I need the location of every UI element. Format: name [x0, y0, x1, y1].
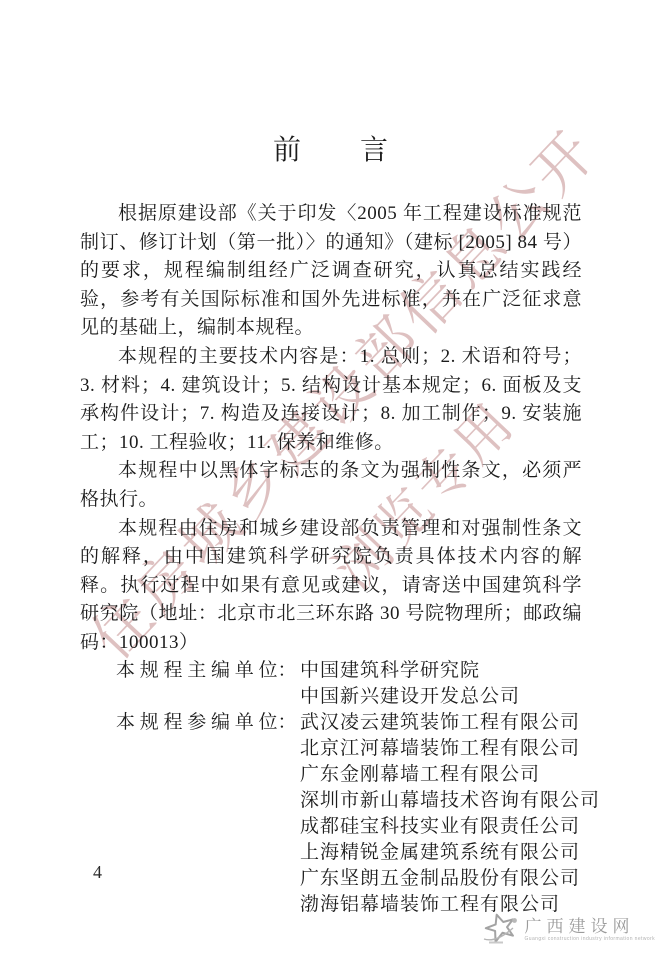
site-name: 广西建设网: [525, 918, 656, 936]
unit-item: 中国建筑科学研究院: [300, 658, 520, 684]
unit-item: 成都硅宝科技实业有限责任公司: [300, 814, 600, 840]
unit-item: 上海精锐金属建筑系统有限公司: [300, 840, 600, 866]
unit-item: 广东金刚幕墙工程有限公司: [300, 762, 600, 788]
chief-editor-label: 本 规 程 主 编 单 位：: [116, 658, 300, 710]
paragraph-contents: 本规程的主要技术内容是：1. 总则；2. 术语和符号；3. 材料；4. 建筑设计…: [80, 343, 582, 457]
chief-editor-row: 本 规 程 主 编 单 位： 中国建筑科学研究院 中国新兴建设开发总公司: [80, 658, 582, 710]
participants-row: 本 规 程 参 编 单 位： 武汉凌云建筑装饰工程有限公司 北京江河幕墙装饰工程…: [80, 710, 582, 918]
participant-units: 武汉凌云建筑装饰工程有限公司 北京江河幕墙装饰工程有限公司 广东金刚幕墙工程有限…: [300, 710, 600, 918]
page-number: 4: [93, 862, 102, 883]
document-page: 住房城乡建设部信息公开 浏览专用 前 言 根据原建设部《关于印发〈2005 年工…: [0, 0, 661, 958]
paragraph-mandatory: 本规程中以黑体字标志的条文为强制性条文，必须严格执行。: [80, 457, 582, 514]
paragraph-basis: 根据原建设部《关于印发〈2005 年工程建设标准规范制订、修订计划（第一批）〉的…: [80, 200, 582, 343]
star-icon: [480, 907, 522, 954]
site-logo-text: 广西建设网 Guangxi construction industry info…: [525, 918, 656, 943]
unit-item: 北京江河幕墙装饰工程有限公司: [300, 736, 600, 762]
participants-label: 本 规 程 参 编 单 位：: [116, 710, 300, 918]
page-content: 前 言 根据原建设部《关于印发〈2005 年工程建设标准规范制订、修订计划（第一…: [80, 128, 582, 918]
page-title: 前 言: [80, 128, 582, 168]
unit-item: 广东坚朗五金制品股份有限公司: [300, 866, 600, 892]
unit-item: 武汉凌云建筑装饰工程有限公司: [300, 710, 600, 736]
site-tagline: Guangxi construction industry informatio…: [525, 936, 656, 943]
unit-item: 深圳市新山幕墙技术咨询有限公司: [300, 788, 600, 814]
chief-editor-units: 中国建筑科学研究院 中国新兴建设开发总公司: [300, 658, 520, 710]
paragraph-management: 本规程由住房和城乡建设部负责管理和对强制性条文的解释，由中国建筑科学研究院负责具…: [80, 515, 582, 658]
site-logo: 广西建设网 Guangxi construction industry info…: [480, 907, 656, 954]
unit-item: 中国新兴建设开发总公司: [300, 684, 520, 710]
